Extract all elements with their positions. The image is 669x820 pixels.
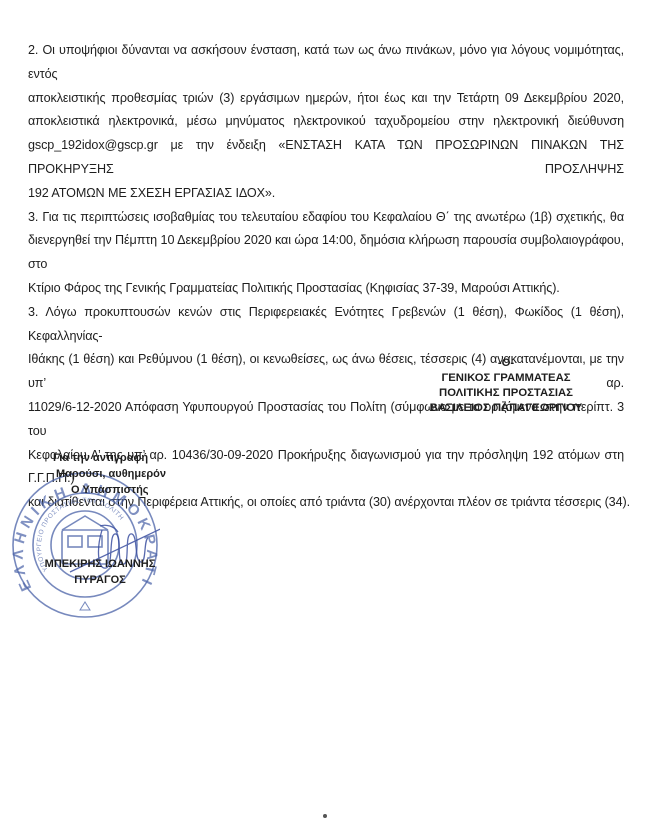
signature-title-line-1: ΓΕΝΙΚΟΣ ΓΡΑΜΜΑΤΕΑΣ: [416, 371, 596, 386]
paragraph-line: διενεργηθεί την Πέμπτη 10 Δεκεμβρίου 202…: [28, 229, 624, 277]
document-page: 2. Οι υποψήφιοι δύνανται να ασκήσουν ένσ…: [0, 0, 669, 820]
copy-signer: ΜΠΕΚΙΡΗΣ ΙΩΑΝΝΗΣ ΠΥΡΑΓΟΣ: [40, 556, 160, 588]
paragraph-line: 192 ΑΤΟΜΩΝ ΜΕ ΣΧΕΣΗ ΕΡΓΑΣΙΑΣ ΙΔΟΧ».: [28, 182, 624, 206]
copy-certification: Για την αντιγραφή Μαρούσι, αυθημερόν Ο Υ…: [53, 450, 173, 498]
paragraph-line: 3. Λόγω προκυπτουσών κενών στις Περιφερε…: [28, 301, 624, 349]
signer-name: ΜΠΕΚΙΡΗΣ ΙΩΑΝΝΗΣ: [40, 556, 160, 572]
signature-name: ΒΑΣΙΛΕΙΟΣ ΠΑΠΑΓΕΩΡΓΙΟΥ: [416, 401, 596, 416]
copy-line-2: Μαρούσι, αυθημερόν: [53, 466, 173, 482]
paragraph-line: Κτίριο Φάρος της Γενικής Γραμματείας Πολ…: [28, 277, 624, 301]
secretary-signature-block: -Ο- ΓΕΝΙΚΟΣ ΓΡΑΜΜΑΤΕΑΣ ΠΟΛΙΤΙΚΗΣ ΠΡΟΣΤΑΣ…: [416, 356, 596, 416]
paragraph-line: 3. Για τις περιπτώσεις ισοβαθμίας του τε…: [28, 206, 624, 230]
signature-marker: -Ο-: [416, 356, 596, 371]
copy-line-1: Για την αντιγραφή: [53, 450, 173, 466]
paragraph-line: 2. Οι υποψήφιοι δύνανται να ασκήσουν ένσ…: [28, 39, 624, 87]
signer-rank: ΠΥΡΑΓΟΣ: [40, 572, 160, 588]
signature-title-line-2: ΠΟΛΙΤΙΚΗΣ ΠΡΟΣΤΑΣΙΑΣ: [416, 386, 596, 401]
page-number-mark: [323, 814, 327, 818]
copy-line-3: Ο Υπασπιστής: [53, 482, 173, 498]
paragraph-line: αποκλειστικής προθεσμίας τριών (3) εργάσ…: [28, 87, 624, 111]
paragraph-line: αποκλειστικά ηλεκτρονικά, μέσω μηνύματος…: [28, 110, 624, 134]
paragraph-line: gscp_192idox@gscp.gr με την ένδειξη «ΕΝΣ…: [28, 134, 624, 182]
paragraph-2: 2. Οι υποψήφιοι δύνανται να ασκήσουν ένσ…: [28, 39, 624, 515]
